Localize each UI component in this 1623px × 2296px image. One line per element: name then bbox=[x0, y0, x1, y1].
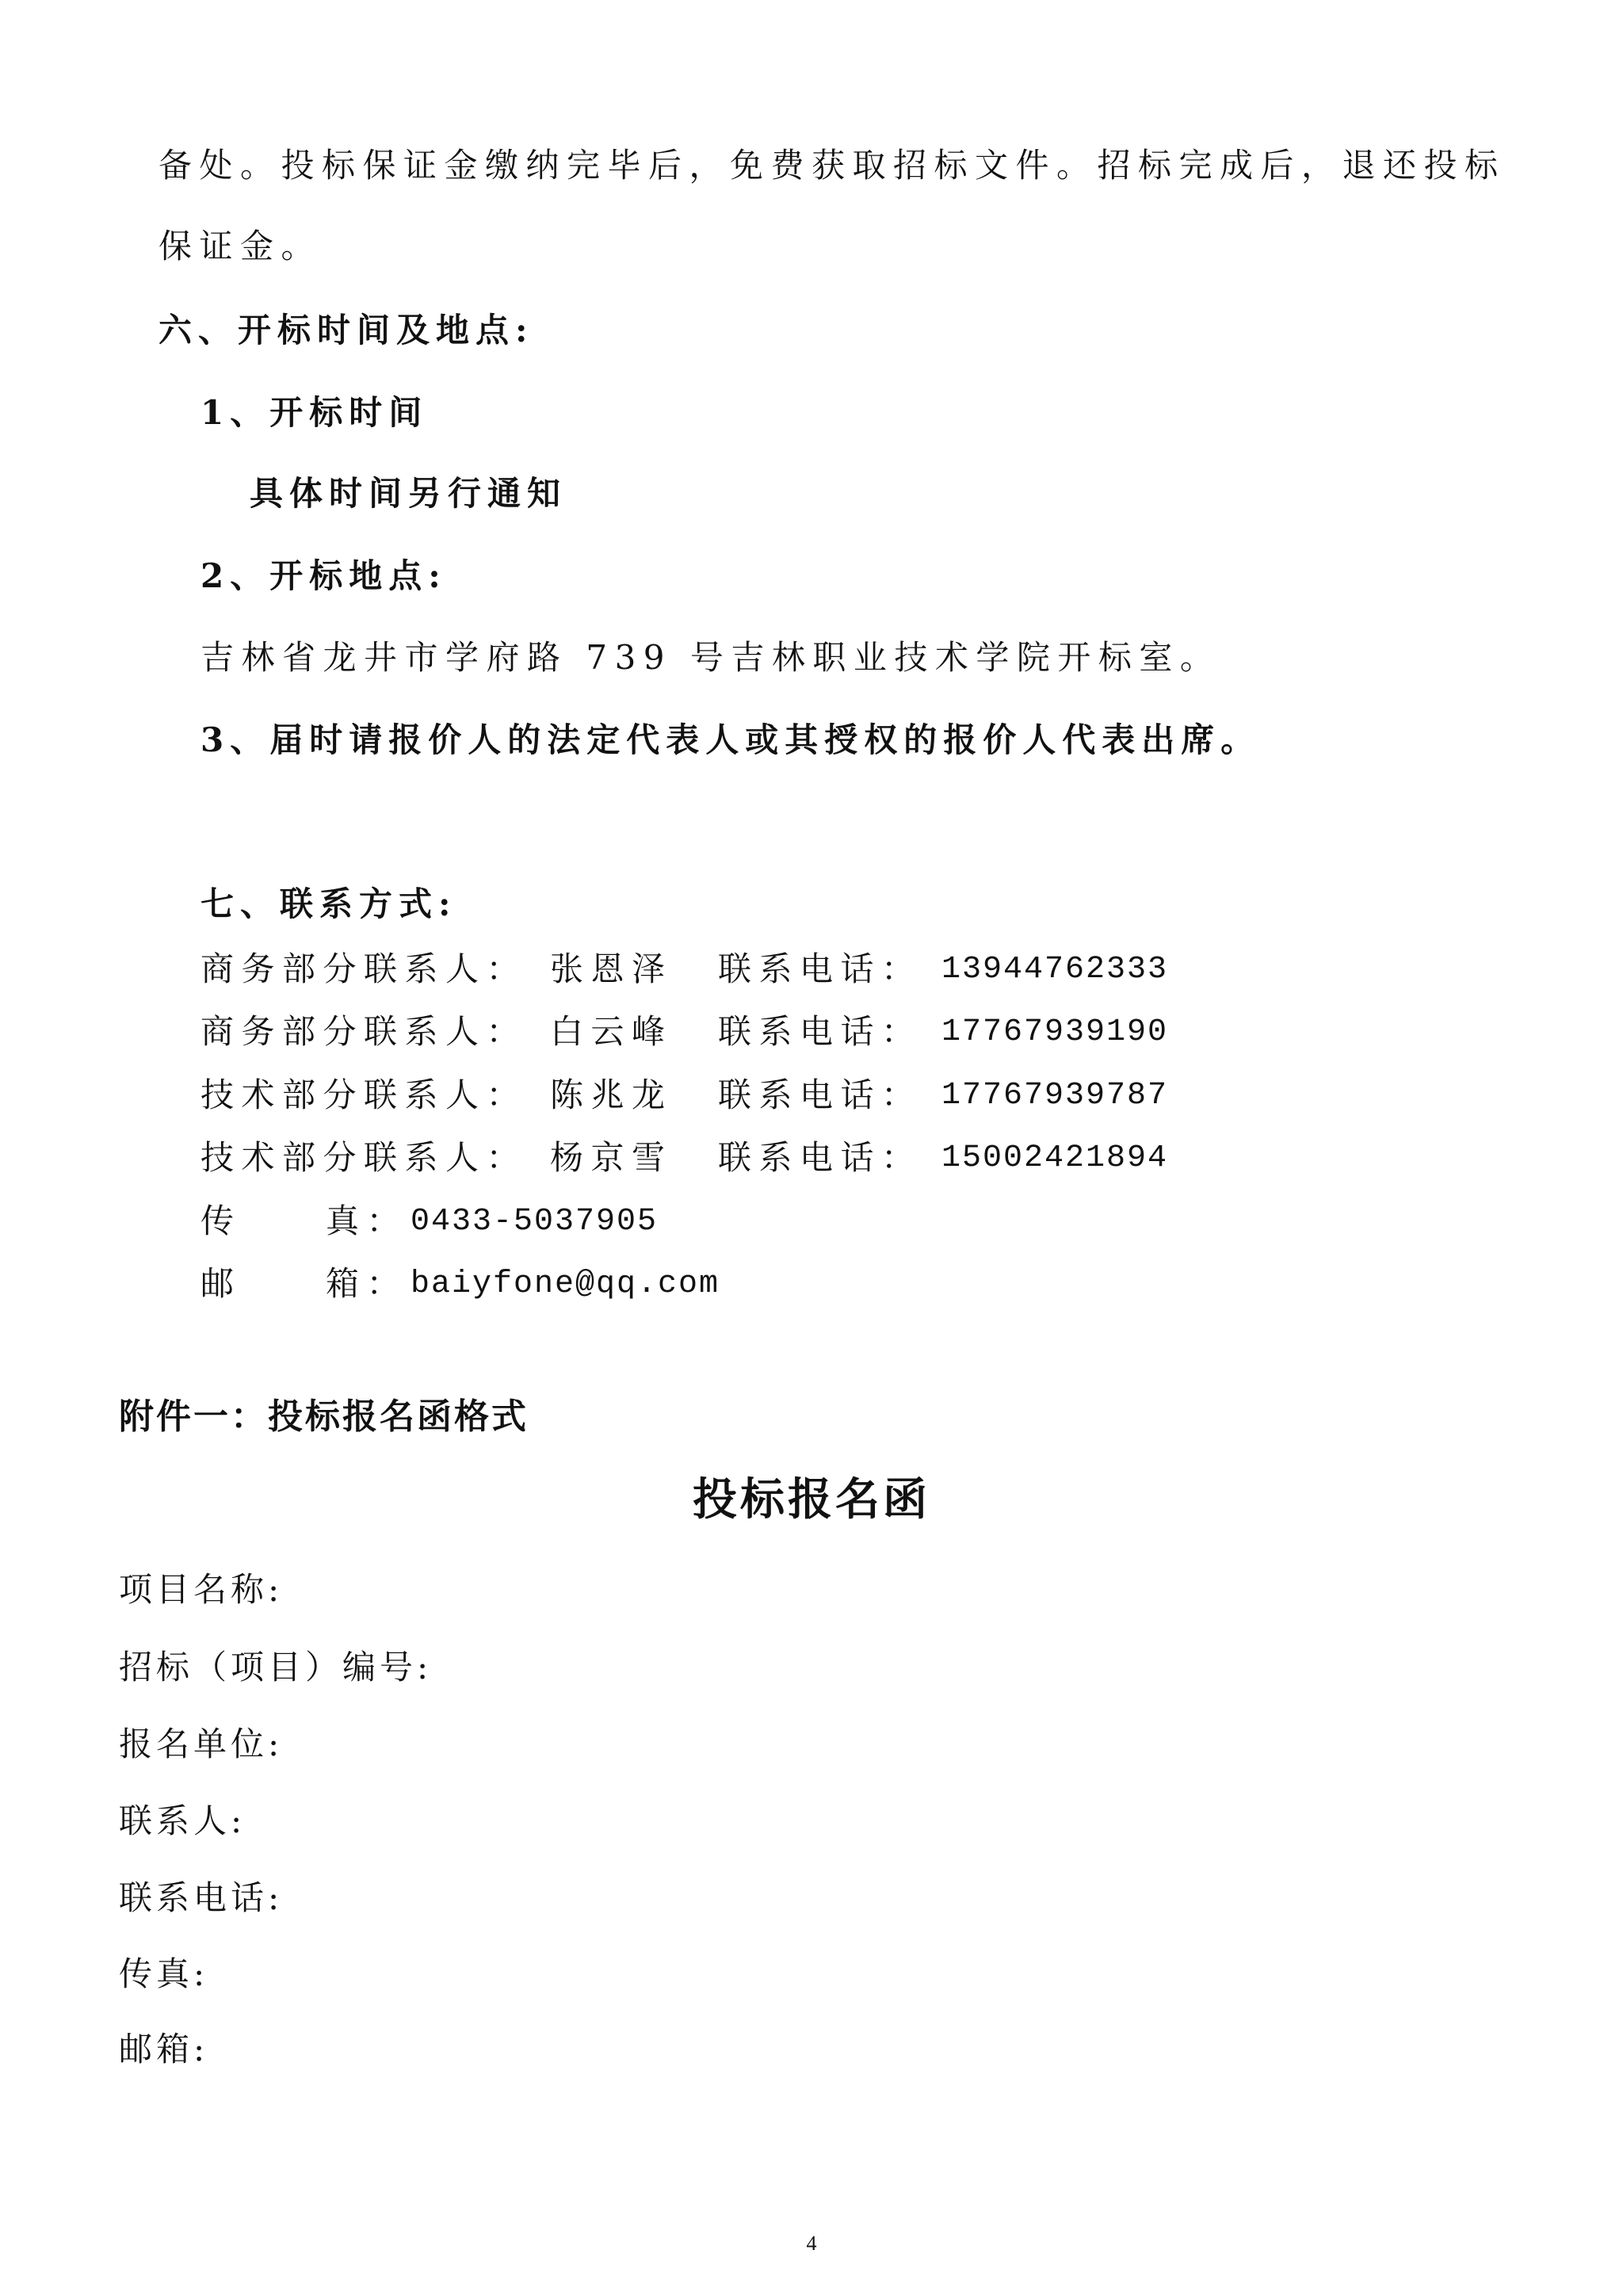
contact-name: 杨京雪 bbox=[550, 1141, 673, 1175]
form-field-email: 邮箱: bbox=[119, 2033, 208, 2066]
paragraph-line: 备处。投标保证金缴纳完毕后，免费获取招标文件。招标完成后，退还投标 bbox=[158, 149, 1506, 182]
item-heading-open-time: 1、开标时间 bbox=[200, 396, 428, 430]
paragraph-line: 保证金。 bbox=[158, 230, 322, 263]
form-field-contact-phone: 联系电话: bbox=[119, 1881, 283, 1915]
contact-phone-label: 联系电话： bbox=[718, 1141, 922, 1175]
page-number: 4 bbox=[0, 2233, 1623, 2254]
contact-name: 白云峰 bbox=[550, 1015, 673, 1049]
contact-phone-label: 联系电话： bbox=[718, 1079, 922, 1112]
contact-phone-label: 联系电话： bbox=[718, 953, 922, 986]
section-heading-6: 六、开标时间及地点: bbox=[158, 314, 534, 347]
contact-role: 商务部分联系人： bbox=[200, 953, 527, 986]
email-address: baiyfone@qq.com bbox=[411, 1269, 720, 1301]
contact-phone: 17767939190 bbox=[941, 1017, 1168, 1049]
contact-phone-label: 联系电话： bbox=[718, 1015, 922, 1049]
contact-phone: 13944762333 bbox=[941, 954, 1168, 986]
item-attendance-note: 3、届时请报价人的法定代表人或其授权的报价人代表出席。 bbox=[200, 724, 1260, 757]
email-label-b: 箱： bbox=[326, 1267, 407, 1301]
item-body-open-time: 具体时间另行通知 bbox=[250, 477, 567, 510]
form-field-fax: 传真: bbox=[119, 1958, 208, 1991]
contact-role: 技术部分联系人： bbox=[200, 1141, 527, 1175]
form-field-contact-person: 联系人: bbox=[119, 1805, 246, 1838]
contact-role: 商务部分联系人： bbox=[200, 1015, 527, 1049]
contact-name: 陈兆龙 bbox=[550, 1079, 673, 1112]
attachment-heading: 附件一：投标报名函格式 bbox=[119, 1400, 529, 1435]
form-field-tender-number: 招标（项目）编号: bbox=[119, 1651, 432, 1684]
fax-label-b: 真： bbox=[326, 1205, 407, 1238]
form-title: 投标报名函 bbox=[0, 1477, 1623, 1522]
contact-phone: 17767939787 bbox=[941, 1080, 1168, 1112]
section-heading-7: 七、联系方式: bbox=[200, 888, 457, 921]
item-body-open-location: 吉林省龙井市学府路 739 号吉林职业技术学院开标室。 bbox=[200, 641, 1220, 674]
contact-role: 技术部分联系人： bbox=[200, 1079, 527, 1112]
form-field-applicant-unit: 报名单位: bbox=[119, 1728, 283, 1761]
form-field-project-name: 项目名称: bbox=[119, 1573, 283, 1606]
contact-name: 张恩泽 bbox=[550, 953, 673, 986]
item-heading-open-location: 2、开标地点: bbox=[200, 560, 447, 593]
contact-phone: 15002421894 bbox=[941, 1143, 1168, 1175]
email-label-a: 邮 bbox=[200, 1267, 242, 1301]
fax-label-a: 传 bbox=[200, 1205, 242, 1238]
fax-number: 0433-5037905 bbox=[411, 1206, 658, 1238]
